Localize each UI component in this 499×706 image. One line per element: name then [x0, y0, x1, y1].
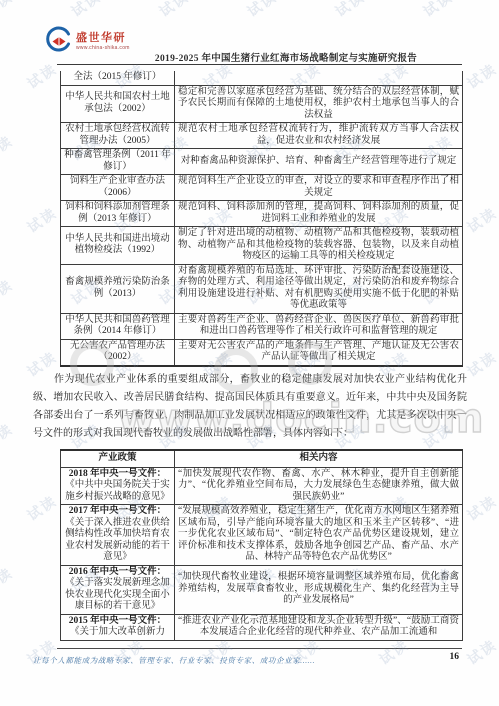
trial-stamp: 试读: [0, 419, 17, 454]
regulation-name-cell: 种畜禽管理条例（2011 年修订）: [61, 149, 175, 175]
policy-content-cell: “加快发展现代农作物、畜禽、水产、林木种业，提升自主创新能力”、“优化养殖业空间…: [175, 467, 463, 505]
policy-doc-title: 《关于落实发展新理念加快农业现代化实现全面小康目标的若干意见》: [64, 578, 171, 613]
table-row: 种畜禽管理条例（2011 年修订）对种畜禽品种资源保护、培育、种畜禽生产经营管理…: [61, 149, 463, 175]
table-row: 2017 年中央一号文件：《关于深入推进农业供给侧结构性改革加快培育农业农村发展…: [61, 505, 463, 566]
regulation-desc-cell: 规范农村土地承包经营权流转行为，维护流转双方当事人合法权益，促进农业和农村经济发…: [175, 123, 463, 149]
trial-stamp: 试读: [23, 203, 61, 238]
regulation-desc-cell: 稳定和完善以家庭承包经营为基础、统分结合的双层经营体制，赋予农民长期而有保障的土…: [175, 85, 463, 123]
trial-stamp: 试读: [463, 347, 499, 382]
regulation-name-cell: 全法（2015 年修订）: [61, 71, 175, 85]
table-row: 2018 年中央一号文件：《中共中央国务院关于实施乡村振兴战略的意见》“加快发展…: [61, 467, 463, 505]
policy-name-cell: 2017 年中央一号文件：《关于深入推进农业供给侧结构性改革加快培育农业农村发展…: [61, 505, 175, 566]
regulation-name-cell: 饲料生产企业审查办法（2006）: [61, 175, 175, 201]
table-row: 无公害农产品管理办法（2002）主要对无公害农产品的产地条件与生产管理、产地认证…: [61, 339, 463, 366]
regulation-desc-cell: 主要对无公害农产品的产地条件与生产管理、产地认证及无公害农产品认证等做出了相关规…: [175, 339, 463, 366]
table-row: 饲料和饲料添加剂管理条例（2013 年修订）规范饲料、饲料添加剂的管理，提高饲料…: [61, 201, 463, 227]
policy-doc-title: 《中共中央国务院关于实施乡村振兴战略的意见》: [64, 480, 171, 503]
policy-name-cell: 2018 年中央一号文件：《中共中央国务院关于实施乡村振兴战略的意见》: [61, 467, 175, 505]
regulation-desc-cell: 对畜禽规模养殖的布局选址、环评审批、污染防治配套设施建设、弃物的处理方式、利用途…: [175, 264, 463, 313]
regulation-desc-cell: 规范饲料、饲料添加剂的管理，提高饲料、饲料添加剂的质量，促进饲料工业和养殖业的发…: [175, 201, 463, 227]
regulation-desc-cell: 制定了针对进出境的动植物、动植物产品和其他检疫物，装载动植物、动植物产品和其他检…: [175, 227, 463, 265]
regulation-desc-cell: 规范饲料生产企业设立的审查，对设立的要求和审查程序作出了相关规定: [175, 175, 463, 201]
policy-name-cell: 2016 年中央一号文件：《关于落实发展新理念加快农业现代化实现全面小康目标的若…: [61, 565, 175, 614]
regulation-name-cell: 畜禽规模养殖污染防治条例（2013）: [61, 264, 175, 313]
trial-stamp: 试读: [23, 59, 61, 94]
policy-content-cell: “发展规模高效养殖业，稳定生猪生产，优化南方水网地区生猪养殖区域布局，引导产能向…: [175, 505, 463, 566]
regulation-name-cell: 无公害农产品管理办法（2002）: [61, 339, 175, 366]
regulation-name-cell: 中华人民共和国进出境动植物检疫法（1992）: [61, 227, 175, 265]
table-row: 全法（2015 年修订）: [61, 71, 463, 85]
header-divider: [57, 64, 462, 65]
regulation-desc-cell: [175, 71, 463, 85]
trial-stamp: 试读: [419, 0, 457, 21]
intro-paragraph: 作为现代农业产业体系的重要组成部分，畜牧业的稳定健康发展对加快农业产业结构优化升…: [33, 371, 467, 443]
regulation-name-cell: 中华人民共和国兽药管理条例（2014 年修订）: [61, 313, 175, 339]
regulation-desc-cell: 对种畜禽品种资源保护、培育、种畜禽生产经营管理等进行了规定: [175, 149, 463, 175]
regulation-name-cell: 饲料和饲料添加剂管理条例（2013 年修订）: [61, 201, 175, 227]
policy-table-wrap: 产业政策 相关内容 2018 年中央一号文件：《中共中央国务院关于实施乡村振兴战…: [60, 449, 464, 648]
policy-year-title: 2016 年中央一号文件：: [64, 567, 171, 579]
logo-swoosh-icon: [46, 26, 72, 57]
table-row: 中华人民共和国进出境动植物检疫法（1992）制定了针对进出境的动植物、动植物产品…: [61, 227, 463, 265]
document-page: 盛世华研 www.china-shika.com 2019-2025 年中国生猪…: [0, 0, 499, 706]
content-column-header: 相关内容: [175, 450, 463, 467]
trial-stamp: 试读: [0, 131, 17, 166]
page-title: 2019-2025 年中国生猪行业红海市场战略制定与实施研究报告: [110, 50, 462, 64]
table-row: 中华人民共和国兽药管理条例（2014 年修订）主要对兽药生产企业、兽药经营企业、…: [61, 313, 463, 339]
policy-doc-title: 《关于深入推进农业供给侧结构性改革加快培育农业农村发展新动能的若干意见》: [64, 518, 171, 564]
table-row: 农村土地承包经营权流转管理办法（2005）规范农村土地承包经营权流转行为，维护流…: [61, 123, 463, 149]
trial-stamp: 试读: [155, 0, 193, 21]
trial-stamp: 试读: [463, 203, 499, 238]
regulations-table-body: 全法（2015 年修订）中华人民共和国农村土地承包法（2002）稳定和完善以家庭…: [61, 71, 463, 366]
policy-column-header: 产业政策: [61, 450, 175, 467]
trial-stamp: 试读: [331, 0, 369, 21]
trial-stamp: 试读: [463, 59, 499, 94]
regulation-name-cell: 中华人民共和国农村土地承包法（2002）: [61, 85, 175, 123]
page-number: 16: [450, 652, 460, 662]
policy-name-cell: 2015 年中央一号文件：《关于加大改革创新力: [61, 614, 175, 640]
policy-year-title: 2018 年中央一号文件：: [64, 469, 171, 481]
table-row: 畜禽规模养殖污染防治条例（2013）对畜禽规模养殖的布局选址、环评审批、污染防治…: [61, 264, 463, 313]
policy-table-header-row: 产业政策 相关内容: [61, 450, 463, 467]
policy-year-title: 2017 年中央一号文件：: [64, 506, 171, 518]
trial-stamp: 试读: [0, 275, 17, 310]
regulation-name-cell: 农村土地承包经营权流转管理办法（2005）: [61, 123, 175, 149]
table-row: 饲料生产企业审查办法（2006）规范饲料生产企业设立的审查，对设立的要求和审查程…: [61, 175, 463, 201]
footer-divider: [57, 648, 462, 649]
footer-slogan: 让每个人都能成为战略专家、管理专家、行业专家、投资专家、成功企业家……: [33, 655, 315, 666]
table-row: 中华人民共和国农村土地承包法（2002）稳定和完善以家庭承包经营为基础、统分结合…: [61, 85, 463, 123]
policy-doc-title: 《关于加大改革创新力: [64, 627, 171, 639]
regulation-desc-cell: 主要对兽药生产企业、兽药经营企业、兽医医疗单位、新兽药审批和进出口兽药管理等作了…: [175, 313, 463, 339]
policy-content-cell: “推进农业产业化示范基地建设和龙头企业转型升级”、“鼓励工商资本发展适合企业化经…: [175, 614, 463, 640]
logo-company-name: 盛世华研: [76, 33, 130, 44]
trial-stamp: 试读: [463, 491, 499, 526]
policy-table: 产业政策 相关内容 2018 年中央一号文件：《中共中央国务院关于实施乡村振兴战…: [60, 449, 463, 641]
table-row: 2016 年中央一号文件：《关于落实发展新理念加快农业现代化实现全面小康目标的若…: [61, 565, 463, 614]
trial-stamp: 试读: [0, 563, 17, 598]
trial-stamp: 试读: [0, 0, 17, 21]
trial-stamp: 试读: [243, 0, 281, 21]
trial-stamp: 试读: [23, 491, 61, 526]
table-row: 2015 年中央一号文件：《关于加大改革创新力“推进农业产业化示范基地建设和龙头…: [61, 614, 463, 640]
trial-stamp: 试读: [463, 635, 499, 670]
policy-table-body: 2018 年中央一号文件：《中共中央国务院关于实施乡村振兴战略的意见》“加快发展…: [61, 467, 463, 640]
policy-year-title: 2015 年中央一号文件：: [64, 616, 171, 628]
regulations-table: 全法（2015 年修订）中华人民共和国农村土地承包法（2002）稳定和完善以家庭…: [60, 71, 463, 367]
trial-stamp: 试读: [67, 0, 105, 21]
policy-content-cell: “加快现代畜牧业建设，根据环境容量调整区域养殖布局，优化畜禽养殖结构，发展草食畜…: [175, 565, 463, 614]
